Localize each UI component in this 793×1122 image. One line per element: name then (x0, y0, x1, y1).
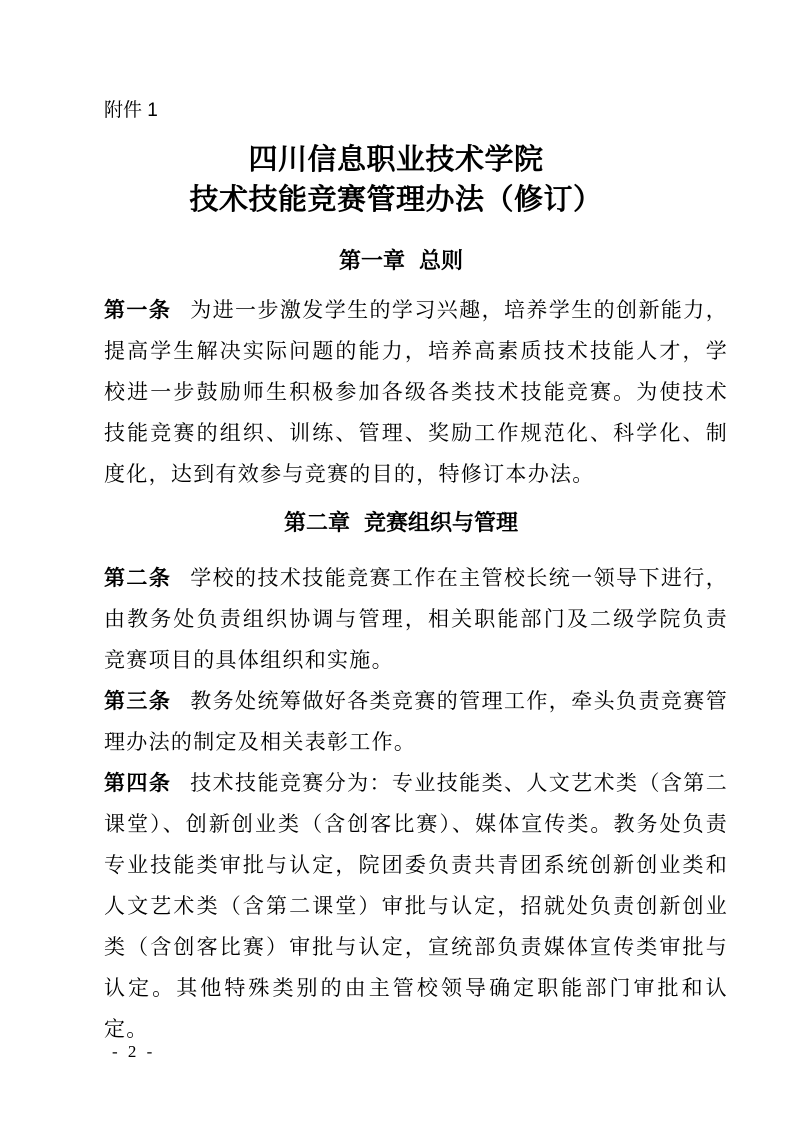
title-line-2: 技术技能竞赛管理办法（修订） (64, 180, 728, 220)
article-1-label: 第一条 (104, 298, 171, 322)
attachment-label: 附件 1 (104, 98, 728, 124)
title-line-1: 四川信息职业技术学院 (64, 140, 728, 180)
chapter-heading-general: 第一章 总则 (74, 246, 728, 276)
chapter-heading-organization: 第二章 竞赛组织与管理 (74, 508, 728, 538)
article-2-label: 第二条 (104, 566, 171, 590)
article-4-label: 第四条 (104, 771, 171, 795)
article-3-label: 第三条 (104, 689, 171, 713)
article-paragraph-2: 第二条学校的技术技能竞赛工作在主管校长统一领导下进行，由教务处负责组织协调与管理… (104, 558, 728, 681)
article-1-text: 为进一步激发学生的学习兴趣，培养学生的创新能力，提高学生解决实际问题的能力，培养… (104, 298, 728, 486)
article-3-text: 教务处统筹做好各类竞赛的管理工作，牵头负责竞赛管理办法的制定及相关表彰工作。 (104, 689, 728, 754)
article-paragraph-4: 第四条技术技能竞赛分为：专业技能类、人文艺术类（含第二课堂）、创新创业类（含创客… (104, 763, 728, 1050)
article-4-text: 技术技能竞赛分为：专业技能类、人文艺术类（含第二课堂）、创新创业类（含创客比赛）… (104, 771, 728, 1041)
document-title: 四川信息职业技术学院 技术技能竞赛管理办法（修订） (64, 140, 728, 220)
article-2-text: 学校的技术技能竞赛工作在主管校长统一领导下进行，由教务处负责组织协调与管理，相关… (104, 566, 728, 672)
document-page: 附件 1 四川信息职业技术学院 技术技能竞赛管理办法（修订） 第一章 总则 第一… (0, 0, 793, 1122)
article-paragraph-3: 第三条教务处统筹做好各类竞赛的管理工作，牵头负责竞赛管理办法的制定及相关表彰工作… (104, 681, 728, 763)
article-paragraph-1: 第一条为进一步激发学生的学习兴趣，培养学生的创新能力，提高学生解决实际问题的能力… (104, 290, 728, 495)
page-number: - 2 - (112, 1042, 155, 1062)
